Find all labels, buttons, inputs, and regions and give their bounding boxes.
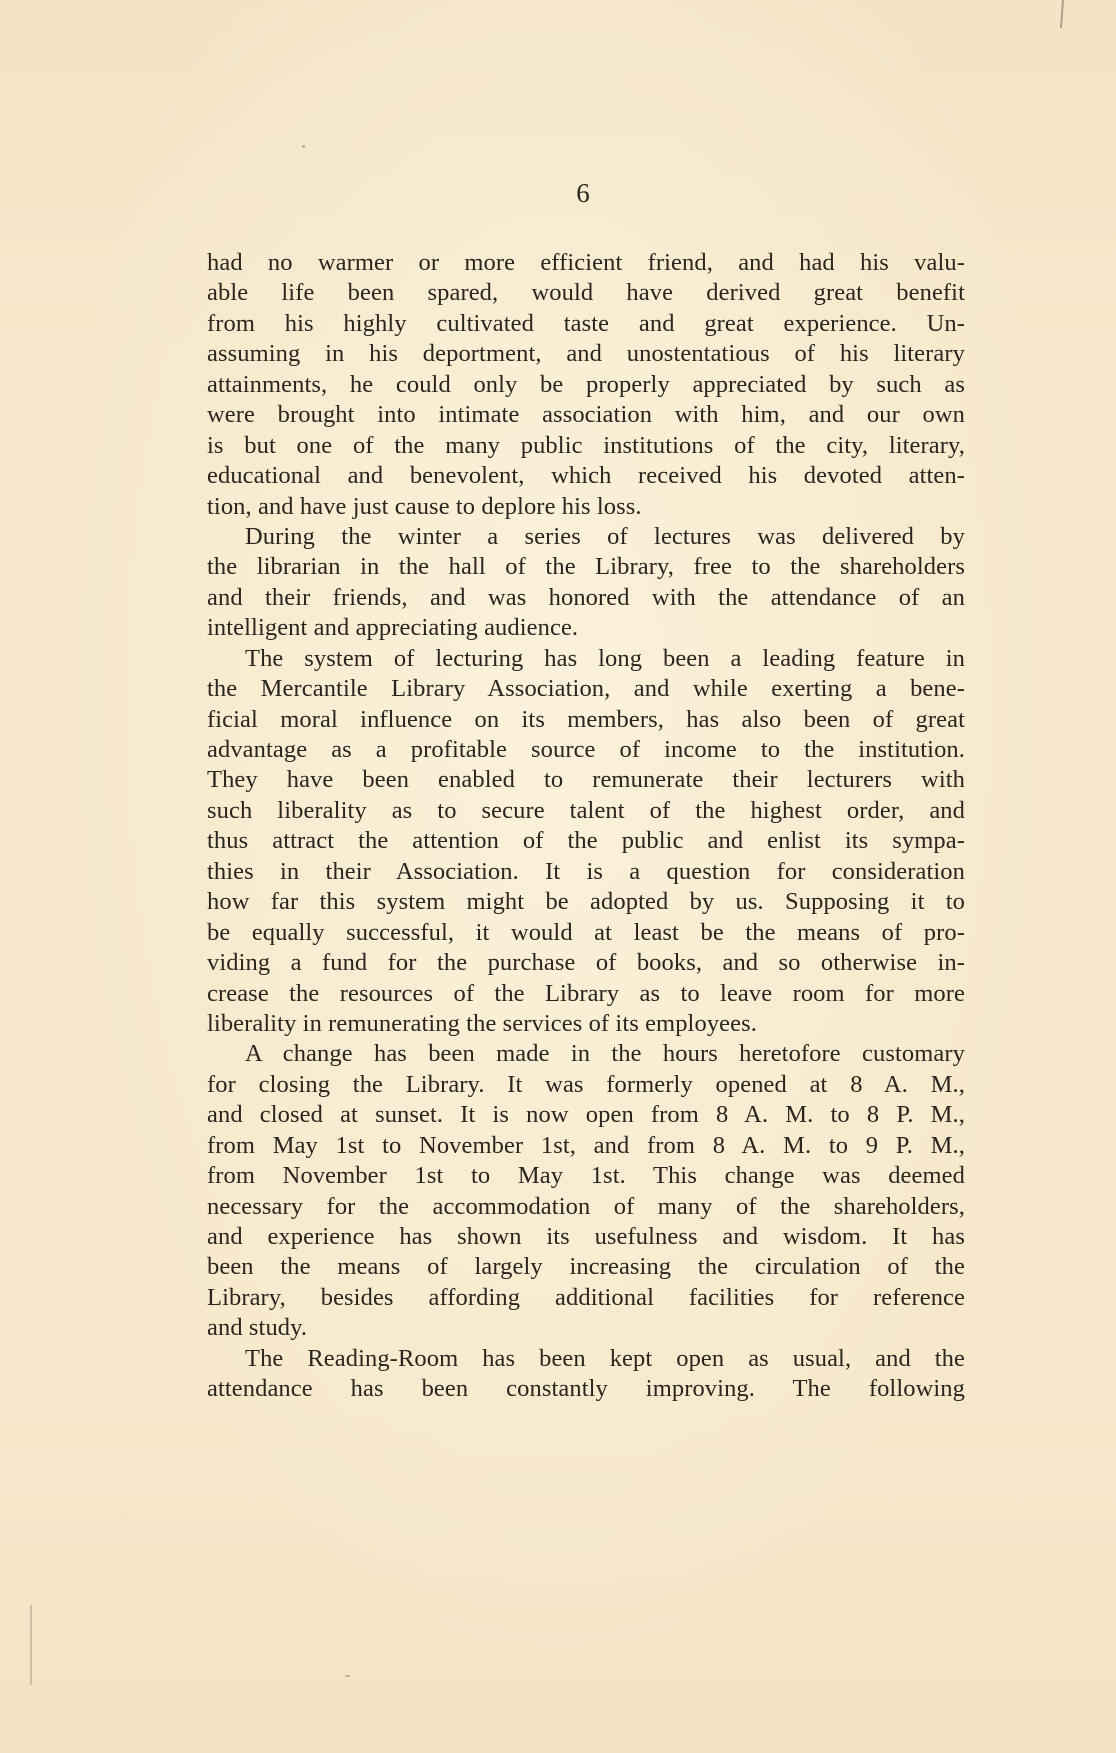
paragraph-start-line: A change has been made in the hours here…	[207, 1039, 965, 1069]
paper-speck	[345, 1675, 350, 1677]
text-line: is but one of the many public institutio…	[207, 431, 965, 461]
text-line: Library, besides affording additional fa…	[207, 1283, 965, 1313]
paragraph-start-line: During the winter a series of lectures w…	[207, 522, 965, 552]
text-line: be equally successful, it would at least…	[207, 918, 965, 948]
text-line: They have been enabled to remunerate the…	[207, 765, 965, 795]
text-line: and closed at sunset. It is now open fro…	[207, 1100, 965, 1130]
text-line: and study.	[207, 1313, 965, 1343]
paper-blemish	[1060, 0, 1063, 28]
text-line: and their friends, and was honored with …	[207, 583, 965, 613]
text-line: for closing the Library. It was formerly…	[207, 1070, 965, 1100]
text-line: the Mercantile Library Association, and …	[207, 674, 965, 704]
text-line: attainments, he could only be properly a…	[207, 370, 965, 400]
document-page: 6 had no warmer or more efficient friend…	[0, 0, 1116, 1753]
text-line: able life been spared, would have derive…	[207, 278, 965, 308]
text-line: educational and benevolent, which receiv…	[207, 461, 965, 491]
text-line: assuming in his deportment, and unostent…	[207, 339, 965, 369]
text-line: such liberality as to secure talent of t…	[207, 796, 965, 826]
text-line: thies in their Association. It is a ques…	[207, 857, 965, 887]
body-text: had no warmer or more efficient friend, …	[207, 248, 965, 1405]
text-line: thus attract the attention of the public…	[207, 826, 965, 856]
text-line: viding a fund for the purchase of books,…	[207, 948, 965, 978]
text-line: were brought into intimate association w…	[207, 400, 965, 430]
text-line: and experience has shown its usefulness …	[207, 1222, 965, 1252]
text-line: from November 1st to May 1st. This chang…	[207, 1161, 965, 1191]
text-line: advantage as a profitable source of inco…	[207, 735, 965, 765]
text-line: tion, and have just cause to deplore his…	[207, 492, 965, 522]
text-line: necessary for the accommodation of many …	[207, 1192, 965, 1222]
text-line: crease the resources of the Library as t…	[207, 979, 965, 1009]
paper-speck	[302, 145, 305, 148]
paper-blemish	[30, 1605, 32, 1685]
text-line: had no warmer or more efficient friend, …	[207, 248, 965, 278]
text-line: attendance has been constantly improving…	[207, 1374, 965, 1404]
text-line: intelligent and appreciating audience.	[207, 613, 965, 643]
paragraph-start-line: The system of lecturing has long been a …	[207, 644, 965, 674]
text-line: from his highly cultivated taste and gre…	[207, 309, 965, 339]
text-line: the librarian in the hall of the Library…	[207, 552, 965, 582]
paragraph-start-line: The Reading-Room has been kept open as u…	[207, 1344, 965, 1374]
text-line: ficial moral influence on its members, h…	[207, 705, 965, 735]
text-line: from May 1st to November 1st, and from 8…	[207, 1131, 965, 1161]
text-line: how far this system might be adopted by …	[207, 887, 965, 917]
text-line: liberality in remunerating the services …	[207, 1009, 965, 1039]
text-line: been the means of largely increasing the…	[207, 1252, 965, 1282]
page-number: 6	[0, 178, 1116, 208]
